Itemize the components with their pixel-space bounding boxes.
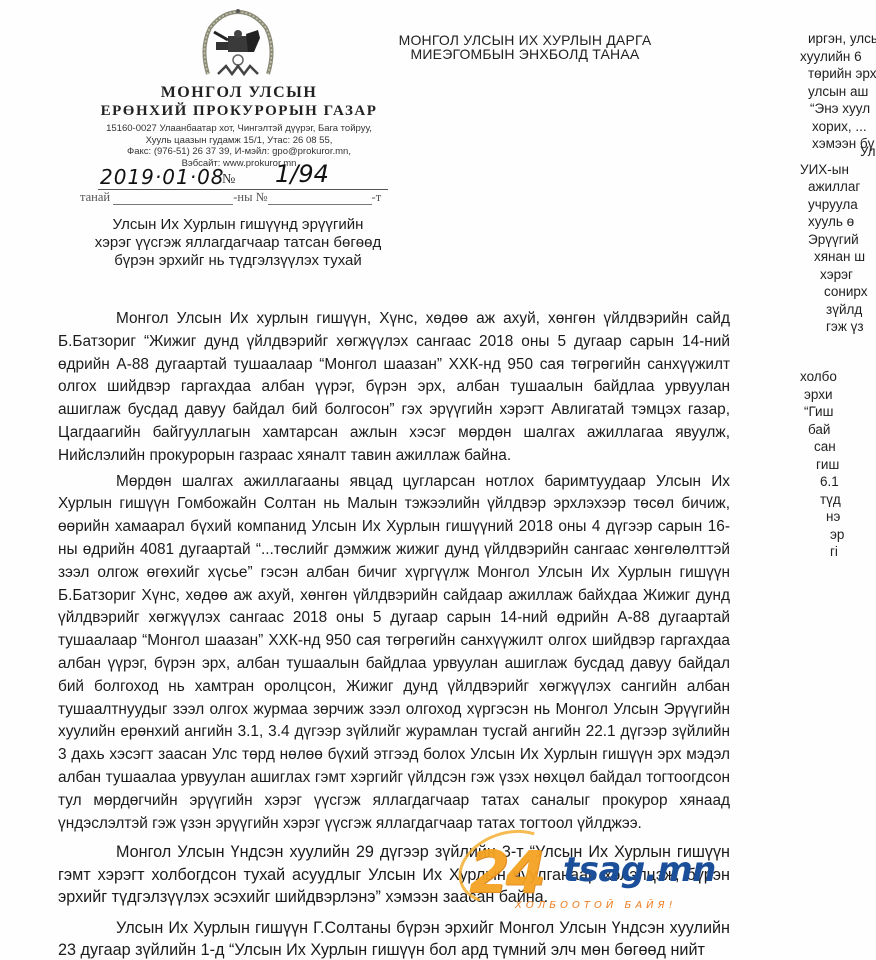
your-prefix: танай [80, 190, 110, 204]
fragment-line: ажиллаг [800, 178, 876, 196]
fragment-line: “Энэ хуул [800, 100, 876, 118]
state-emblem-icon [196, 8, 280, 86]
fragment-line: УИХ-ын [800, 161, 876, 179]
watermark-domain: tsag.mn [563, 850, 716, 890]
next-page-fragment-1: иргэн, улсыхуулийн 6төрийн эрхулсын аш“Э… [800, 30, 876, 153]
fragment-line: төрийн эрх [800, 65, 876, 83]
subject-line: бүрэн эрхийг нь түдгэлзүүлэх тухай [88, 252, 388, 270]
number-label: № [222, 172, 235, 188]
fragment-line: гэж үз [800, 318, 876, 336]
watermark-number: 24 [469, 838, 542, 906]
your-suffix: -т [372, 190, 382, 204]
fragment-line: хорих, ... [800, 118, 876, 136]
subject-line: хэрэг үүсгэж яллагдагчаар татсан бөгөөд [88, 234, 388, 252]
fragment-line: хянан ш [800, 248, 876, 266]
body-paragraph: Мөрдөн шалгах ажиллагааны явцад цугларса… [58, 471, 730, 836]
fragment-line: холбо [800, 368, 876, 386]
your-reference-line: танай -ны №-т [80, 190, 390, 205]
fragment-line: сан [800, 438, 876, 456]
blank-field [268, 193, 372, 205]
org-name-line2: ЕРӨНХИЙ ПРОКУРОРЫН ГАЗАР [84, 102, 394, 120]
organization-name: МОНГОЛ УЛСЫН ЕРӨНХИЙ ПРОКУРОРЫН ГАЗАР [84, 84, 394, 120]
fragment-line: бай [800, 421, 876, 439]
next-page-fragment-2: УлУИХ-ынажиллагучруулахууль өЭрүүгийхяна… [800, 143, 876, 336]
letter-subject: Улсын Их Хурлын гишүүнд эрүүгийн хэрэг ү… [88, 216, 388, 270]
fragment-line: гі [800, 543, 876, 561]
watermark-tagline: ХОЛБООТОЙ БАЙЯ! [515, 900, 677, 911]
addressee-line: МИЕЭГОМБЫН ЭНХБОЛД ТАНАА [395, 47, 655, 61]
fragment-line: эр [800, 526, 876, 544]
fragment-line: улсын аш [800, 83, 876, 101]
subject-line: Улсын Их Хурлын гишүүнд эрүүгийн [88, 216, 388, 234]
fragment-line: зүйлд [800, 301, 876, 319]
handwritten-date: 2019·01·08 [100, 165, 225, 189]
fragment-line: түд [800, 491, 876, 509]
fragment-line: Ул [800, 143, 876, 161]
fragment-line: “Гиш [800, 403, 876, 421]
body-paragraph: Улсын Их Хурлын гишүүн Г.Солтаны бүрэн э… [58, 917, 730, 960]
next-page-fragment-3: холбоэрхи“Гишбайсангиш6.1түднээргі [800, 368, 876, 561]
fragment-line: иргэн, улсы [800, 30, 876, 48]
handwritten-reference-number: 1/94 [275, 160, 329, 188]
scanned-letter-page: МОНГОЛ УЛСЫН ЕРӨНХИЙ ПРОКУРОРЫН ГАЗАР 15… [0, 0, 876, 960]
fragment-line: сонирх [800, 283, 876, 301]
fragment-line: учруула [800, 196, 876, 214]
contact-line: Факс: (976-51) 26 37 39, И-мэйл: gpo@pro… [84, 146, 394, 158]
address-line: 15160-0027 Улаанбаатар хот, Чингэлтэй дү… [84, 123, 394, 135]
fragment-line: хууль ө [800, 213, 876, 231]
site-watermark: 24 tsag.mn ХОЛБООТОЙ БАЙЯ! [455, 830, 745, 920]
fragment-line: гиш [800, 456, 876, 474]
fragment-line: 6.1 [800, 473, 876, 491]
organization-contact: 15160-0027 Улаанбаатар хот, Чингэлтэй дү… [84, 123, 394, 169]
fragment-line: нэ [800, 508, 876, 526]
blank-field [113, 193, 233, 205]
fragment-line: Эрүүгий [800, 231, 876, 249]
fragment-line: хэрэг [800, 266, 876, 284]
body-paragraph: Монгол Улсын Их хурлын гишүүн, Хүнс, хөд… [58, 308, 730, 468]
fragment-line: хуулийн 6 [800, 48, 876, 66]
org-name-line1: МОНГОЛ УЛСЫН [84, 84, 394, 102]
address-line: Хууль цаазын гудамж 15/1, Утас: 26 08 55… [84, 135, 394, 147]
addressee: МОНГОЛ УЛСЫН ИХ ХУРЛЫН ДАРГА МИЕЭГОМБЫН … [395, 33, 655, 61]
addressee-line: МОНГОЛ УЛСЫН ИХ ХУРЛЫН ДАРГА [395, 33, 655, 47]
fragment-line: эрхи [800, 386, 876, 404]
your-middle: -ны № [233, 190, 267, 204]
